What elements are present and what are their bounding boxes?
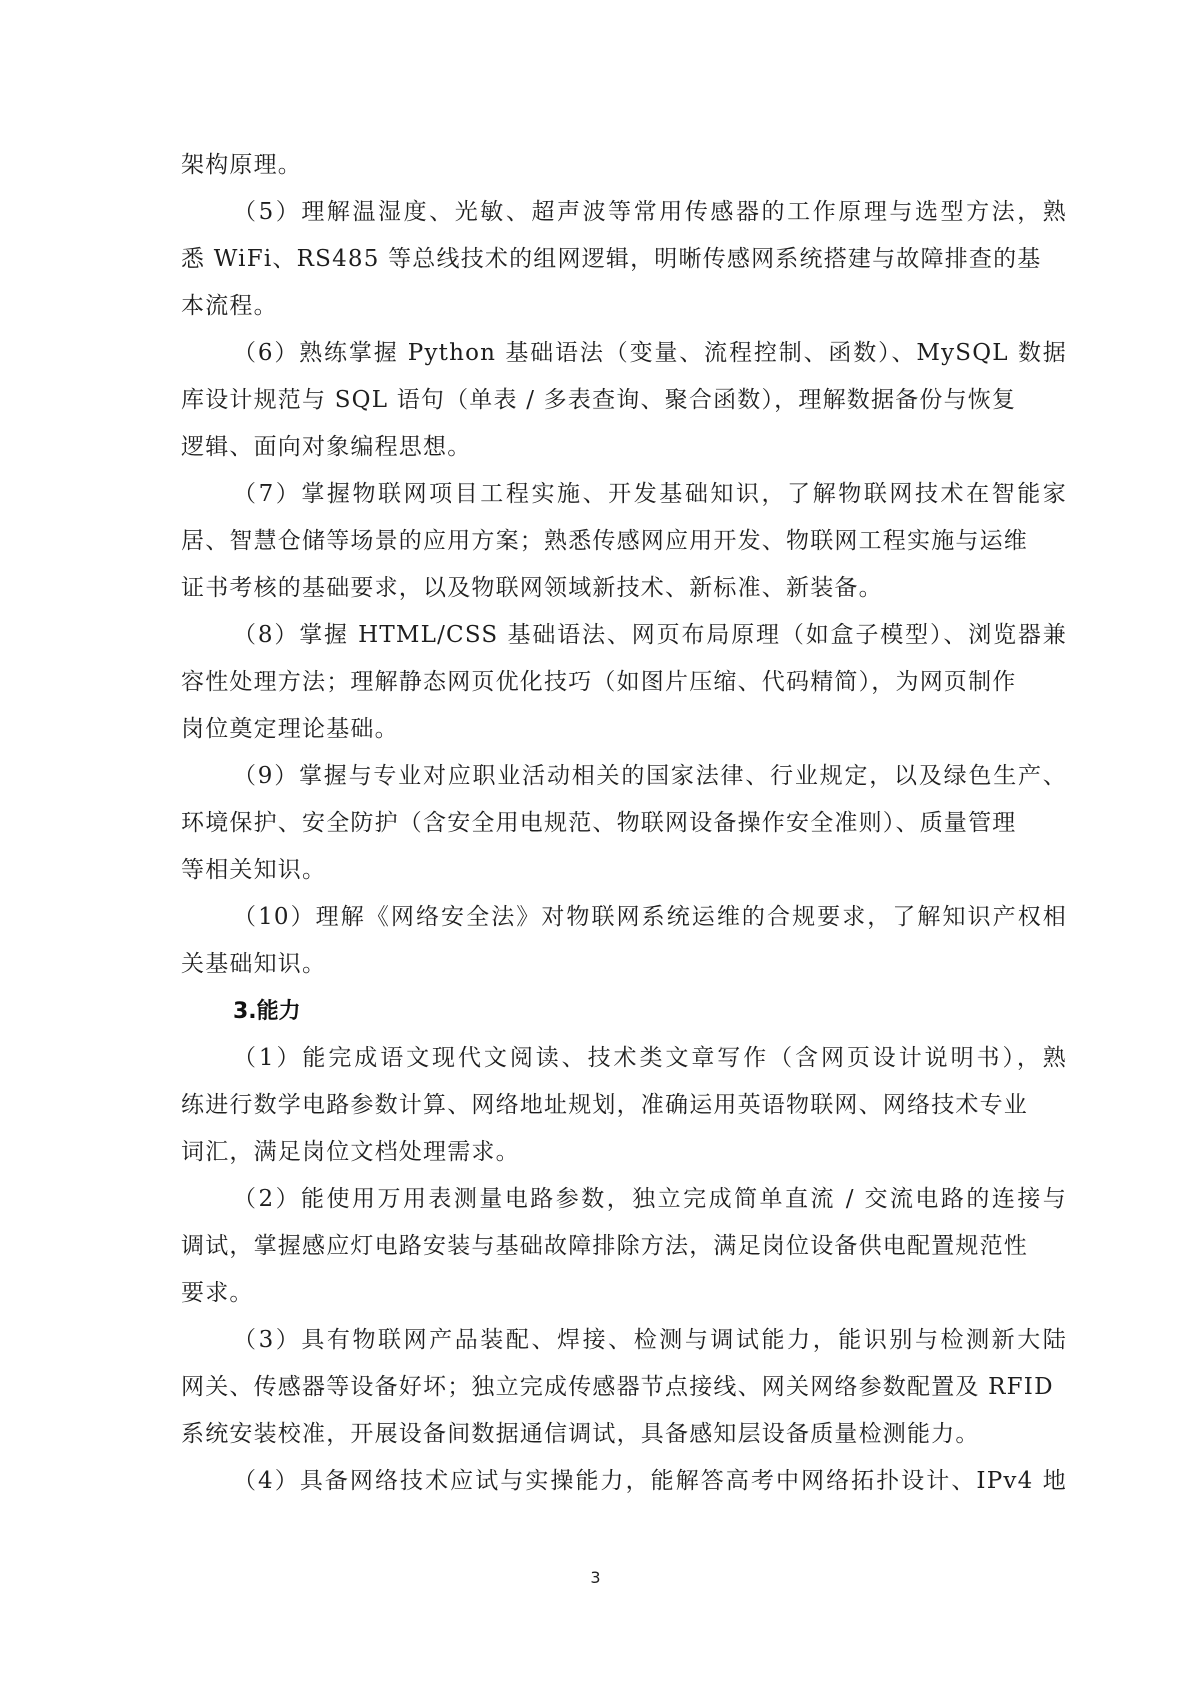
text-line: 逻辑、面向对象编程思想。 — [181, 424, 1015, 471]
text-line: （10）理解《网络安全法》对物联网系统运维的合规要求，了解知识产权相 — [181, 894, 1067, 941]
document-body: 架构原理。 （5）理解温湿度、光敏、超声波等常用传感器的工作原理与选型方法，熟 … — [181, 142, 1015, 1505]
text-line: （7）掌握物联网项目工程实施、开发基础知识，了解物联网技术在智能家 — [181, 471, 1067, 518]
text-line: 岗位奠定理论基础。 — [181, 706, 1015, 753]
paragraph-ability-2: （2）能使用万用表测量电路参数，独立完成简单直流 / 交流电路的连接与 调试，掌… — [181, 1176, 1015, 1317]
text-line: 库设计规范与 SQL 语句（单表 / 多表查询、聚合函数），理解数据备份与恢复 — [181, 377, 1015, 424]
text-line: （8）掌握 HTML/CSS 基础语法、网页布局原理（如盒子模型）、浏览器兼 — [181, 612, 1067, 659]
text-line: 网关、传感器等设备好坏；独立完成传感器节点接线、网关网络参数配置及 RFID — [181, 1364, 1015, 1411]
text-line: 容性处理方法；理解静态网页优化技巧（如图片压缩、代码精简），为网页制作 — [181, 659, 1015, 706]
text-line: （2）能使用万用表测量电路参数，独立完成简单直流 / 交流电路的连接与 — [181, 1176, 1067, 1223]
text-line: （1）能完成语文现代文阅读、技术类文章写作（含网页设计说明书），熟 — [181, 1035, 1067, 1082]
text-line: 环境保护、安全防护（含安全用电规范、物联网设备操作安全准则）、质量管理 — [181, 800, 1015, 847]
text-line: 本流程。 — [181, 283, 1015, 330]
text-line: （4）具备网络技术应试与实操能力，能解答高考中网络拓扑设计、IPv4 地 — [181, 1458, 1067, 1505]
text-line: 证书考核的基础要求，以及物联网领域新技术、新标准、新装备。 — [181, 565, 1015, 612]
document-page: 架构原理。 （5）理解温湿度、光敏、超声波等常用传感器的工作原理与选型方法，熟 … — [0, 0, 1191, 1684]
paragraph-knowledge-9: （9）掌握与专业对应职业活动相关的国家法律、行业规定，以及绿色生产、 环境保护、… — [181, 753, 1015, 894]
text-line: 居、智慧仓储等场景的应用方案；熟悉传感网应用开发、物联网工程实施与运维 — [181, 518, 1015, 565]
text-line: （5）理解温湿度、光敏、超声波等常用传感器的工作原理与选型方法，熟 — [181, 189, 1067, 236]
paragraph-knowledge-7: （7）掌握物联网项目工程实施、开发基础知识，了解物联网技术在智能家 居、智慧仓储… — [181, 471, 1015, 612]
text-line: 要求。 — [181, 1270, 1015, 1317]
paragraph-ability-4: （4）具备网络技术应试与实操能力，能解答高考中网络拓扑设计、IPv4 地 — [181, 1458, 1015, 1505]
text-line: （3）具有物联网产品装配、焊接、检测与调试能力，能识别与检测新大陆 — [181, 1317, 1067, 1364]
page-number: 3 — [0, 1568, 1191, 1587]
paragraph-ability-3: （3）具有物联网产品装配、焊接、检测与调试能力，能识别与检测新大陆 网关、传感器… — [181, 1317, 1015, 1458]
paragraph-continuation: 架构原理。 — [181, 142, 1015, 189]
paragraph-knowledge-10: （10）理解《网络安全法》对物联网系统运维的合规要求，了解知识产权相 关基础知识… — [181, 894, 1015, 988]
paragraph-knowledge-8: （8）掌握 HTML/CSS 基础语法、网页布局原理（如盒子模型）、浏览器兼 容… — [181, 612, 1015, 753]
paragraph-knowledge-5: （5）理解温湿度、光敏、超声波等常用传感器的工作原理与选型方法，熟 悉 WiFi… — [181, 189, 1015, 330]
text-line: 练进行数学电路参数计算、网络地址规划，准确运用英语物联网、网络技术专业 — [181, 1082, 1015, 1129]
paragraph-ability-1: （1）能完成语文现代文阅读、技术类文章写作（含网页设计说明书），熟 练进行数学电… — [181, 1035, 1015, 1176]
text-line: 词汇，满足岗位文档处理需求。 — [181, 1129, 1015, 1176]
text-line: （6）熟练掌握 Python 基础语法（变量、流程控制、函数）、MySQL 数据 — [181, 330, 1067, 377]
text-line: 系统安装校准，开展设备间数据通信调试，具备感知层设备质量检测能力。 — [181, 1411, 1015, 1458]
text-line: 架构原理。 — [181, 142, 1015, 189]
text-line: 调试，掌握感应灯电路安装与基础故障排除方法，满足岗位设备供电配置规范性 — [181, 1223, 1015, 1270]
section-heading-ability: 3.能力 — [181, 988, 1015, 1035]
paragraph-knowledge-6: （6）熟练掌握 Python 基础语法（变量、流程控制、函数）、MySQL 数据… — [181, 330, 1015, 471]
text-line: 关基础知识。 — [181, 941, 1015, 988]
text-line: （9）掌握与专业对应职业活动相关的国家法律、行业规定，以及绿色生产、 — [181, 753, 1067, 800]
text-line: 等相关知识。 — [181, 847, 1015, 894]
text-line: 悉 WiFi、RS485 等总线技术的组网逻辑，明晰传感网系统搭建与故障排查的基 — [181, 236, 1015, 283]
